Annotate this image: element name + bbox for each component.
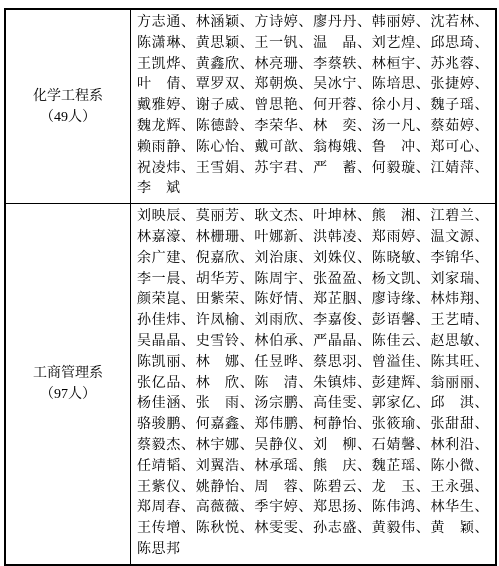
department-count: （49人） [40, 107, 96, 128]
department-cell: 工商管理系（97人） [6, 204, 131, 563]
department-name: 化学工程系 [33, 86, 103, 107]
table-row: 化学工程系（49人）方志通、林涵颖、方诗婷、廖丹丹、韩丽婷、沈若林、陈潇琳、黄思… [6, 10, 495, 203]
table-row: 工商管理系（97人）刘映辰、莫丽芳、耿文杰、叶坤林、熊 湘、江碧兰、林嘉濠、林栅… [6, 203, 495, 563]
roster-table: 化学工程系（49人）方志通、林涵颖、方诗婷、廖丹丹、韩丽婷、沈若林、陈潇琳、黄思… [4, 8, 497, 563]
department-cell: 化学工程系（49人） [6, 10, 131, 203]
names-cell: 方志通、林涵颖、方诗婷、廖丹丹、韩丽婷、沈若林、陈潇琳、黄思颖、王一钒、温 晶、… [131, 10, 495, 203]
names-cell: 刘映辰、莫丽芳、耿文杰、叶坤林、熊 湘、江碧兰、林嘉濠、林栅珊、叶娜新、洪韩凌、… [131, 204, 495, 563]
department-name: 工商管理系 [33, 363, 103, 384]
department-count: （97人） [40, 384, 96, 405]
